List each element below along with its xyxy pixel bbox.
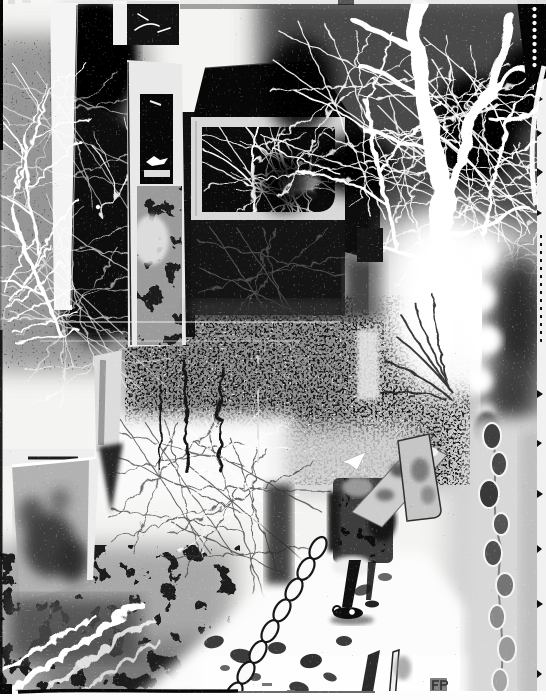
scene-root <box>0 0 546 700</box>
global-grain <box>0 0 546 700</box>
photogram-canvas <box>0 0 546 700</box>
negative-photo <box>0 0 546 700</box>
